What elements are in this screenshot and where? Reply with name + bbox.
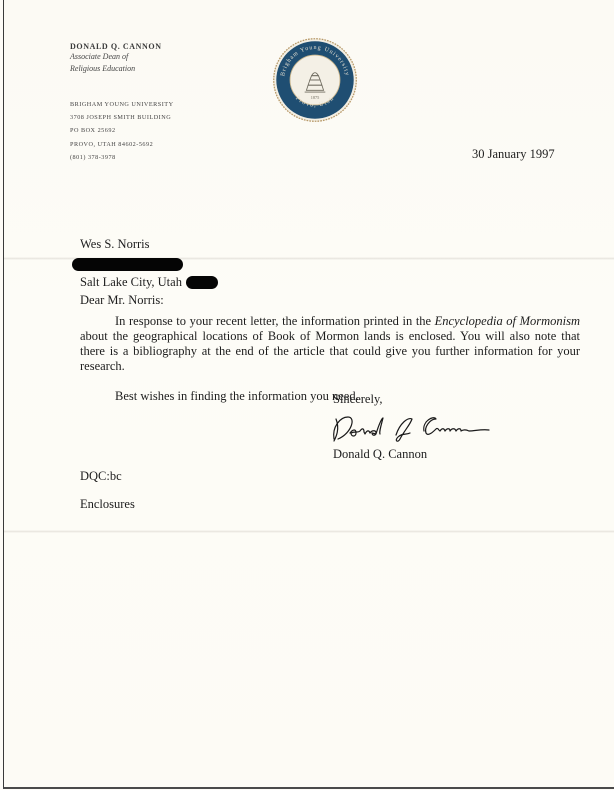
body-paragraph: In response to your recent letter, the i…: [80, 314, 580, 374]
address-line: Brigham Young University: [70, 98, 174, 111]
handwritten-signature-icon: [326, 409, 496, 445]
signer-name: Donald Q. Cannon: [333, 447, 427, 462]
phone-number: (801) 378-3978: [70, 151, 174, 164]
salutation: Dear Mr. Norris:: [80, 293, 164, 308]
address-line: PO Box 25692: [70, 124, 174, 137]
letterhead-sender: Donald Q. Cannon Associate Dean of Relig…: [70, 42, 162, 75]
sender-name: Donald Q. Cannon: [70, 42, 162, 51]
reference-initials: DQC:bc: [80, 469, 122, 484]
sender-title-line: Religious Education: [70, 63, 162, 75]
address-line: Provo, Utah 84602-5692: [70, 138, 174, 151]
letter-body: In response to your recent letter, the i…: [80, 314, 580, 404]
address-line: 3708 Joseph Smith Building: [70, 111, 174, 124]
recipient-city: Salt Lake City, Utah: [80, 275, 182, 289]
recipient-address: Wes S. Norris Salt Lake City, Utah: [80, 235, 218, 292]
redacted-street: [72, 258, 183, 271]
publication-title: Encyclopedia of Mormonism: [435, 314, 580, 328]
fold-line: [4, 530, 614, 533]
body-paragraph: Best wishes in finding the information y…: [80, 389, 580, 404]
letter-date: 30 January 1997: [472, 147, 555, 162]
letterhead-address: Brigham Young University 3708 Joseph Smi…: [70, 98, 174, 164]
closing: Sincerely,: [333, 392, 383, 407]
sender-title-line: Associate Dean of: [70, 51, 162, 63]
recipient-name: Wes S. Norris: [80, 235, 218, 254]
letter-page: Donald Q. Cannon Associate Dean of Relig…: [3, 0, 614, 789]
redacted-zip: [186, 276, 218, 289]
svg-text:1875: 1875: [311, 95, 320, 100]
university-seal-icon: Brigham Young University Provo, Utah 187…: [272, 37, 358, 123]
enclosures-note: Enclosures: [80, 497, 135, 512]
